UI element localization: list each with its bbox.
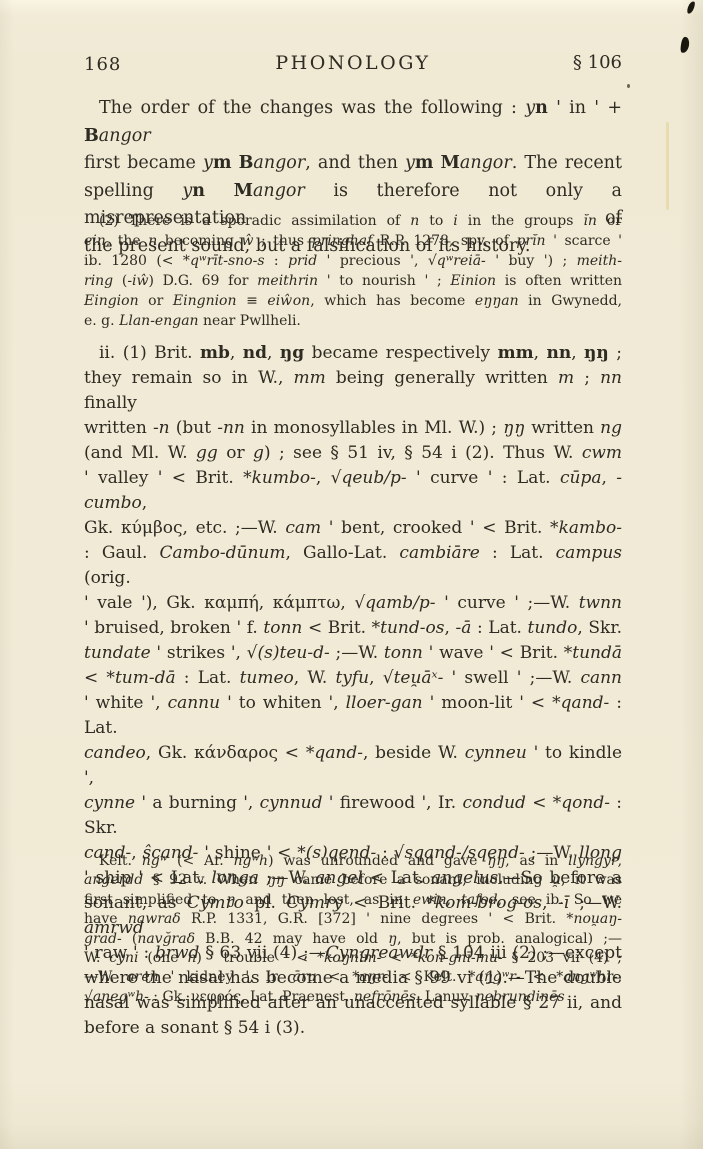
text-line: before a sonant § 54 i (3). bbox=[84, 1016, 622, 1041]
text-line: < *tum-dā : Lat. tumeo, W. tyfu, √teu̯āˣ… bbox=[84, 666, 622, 691]
paper-streak bbox=[666, 122, 669, 210]
text-line: ein, the n becoming ŵ ; thus pringhaf R.… bbox=[84, 231, 622, 251]
text-line: written -n (but -nn in monosyllables in … bbox=[84, 416, 622, 441]
text-line: (2) There is a sporadic assimilation of … bbox=[84, 211, 622, 231]
text-line: Kelt. ngʷ (< Ar. ngʷh) was unrounded and… bbox=[84, 852, 622, 871]
text-line: first simplified to ŋ and then lost, as … bbox=[84, 891, 622, 910]
text-line: Eingion or Eingnion ≡ eiŵon, which has b… bbox=[84, 291, 622, 311]
text-line: ' bruised, broken ' f. tonn < Brit. *tun… bbox=[84, 616, 622, 641]
ink-mark-right-edge bbox=[680, 37, 690, 54]
text-line: tundate ' strikes ', √(s)teu-d- ;—W. ton… bbox=[84, 641, 622, 666]
section-reference: § 106 bbox=[573, 52, 622, 73]
text-line: ii. (1) Brit. mb, nd, ŋg became respecti… bbox=[84, 341, 622, 366]
running-title: PHONOLOGY bbox=[84, 52, 622, 74]
paragraph-small-print-note: Kelt. ngʷ (< Ar. ngʷh) was unrounded and… bbox=[84, 852, 622, 1007]
text-line: ' valley ' < Brit. *kumbo-, √qeub/p- ' c… bbox=[84, 466, 622, 516]
text-line: have nawraδ R.P. 1331, G.R. [372] ' nine… bbox=[84, 910, 622, 929]
ink-mark-top-right bbox=[686, 0, 696, 14]
text-line: cynne ' a burning ', cynnud ' firewood '… bbox=[84, 791, 622, 841]
text-line: ' vale '), Gk. καμπή, κάμπτω, √qamb/p- '… bbox=[84, 591, 622, 616]
text-line: angerdd § 92 v. When ŋŋ came before a so… bbox=[84, 871, 622, 890]
text-line: ' white ', cannu ' to whiten ', lloer-ga… bbox=[84, 691, 622, 741]
text-line: ib. 1280 (< *qʷrīt-sno-s : prid ' precio… bbox=[84, 251, 622, 271]
text-line: —W. aren ' kidney ', Ir. āru < *aŋr- < K… bbox=[84, 968, 622, 987]
paragraph-note-2: (2) There is a sporadic assimilation of … bbox=[84, 211, 622, 331]
text-line: W. cyni (one n) ' trouble ' < *koŋnīm- <… bbox=[84, 949, 622, 968]
text-line: grad- (navğraδ B.B. 42 may have old ŋ, b… bbox=[84, 930, 622, 949]
text-line: (and Ml. W. gg or g) ; see § 51 iv, § 54… bbox=[84, 441, 622, 466]
text-line: : Gaul. Cambo-dūnum, Gallo-Lat. cambiāre… bbox=[84, 541, 622, 591]
text-line: Gk. κύμβος, etc. ;—W. cam ' bent, crooke… bbox=[84, 516, 622, 541]
text-line: ring (-iŵ) D.G. 69 for meithrin ' to nou… bbox=[84, 271, 622, 291]
text-line: √anegʷh- : Gk. νεφρός, Lat. Praenest. ne… bbox=[84, 988, 622, 1007]
text-line: first became ym Bangor, and then ym Mang… bbox=[84, 150, 622, 178]
text-line: they remain so in W., mm being generally… bbox=[84, 366, 622, 416]
text-line: candeo, Gk. κάνδαρος < *qand-, beside W.… bbox=[84, 741, 622, 791]
text-line: The order of the changes was the followi… bbox=[84, 95, 622, 150]
page-header: 168 PHONOLOGY § 106 bbox=[84, 52, 622, 80]
book-page-scan: 168 PHONOLOGY § 106 The order of the cha… bbox=[0, 0, 703, 1149]
paper-speck bbox=[627, 84, 630, 88]
text-line: e. g. Llan-engan near Pwllheli. bbox=[84, 311, 622, 331]
